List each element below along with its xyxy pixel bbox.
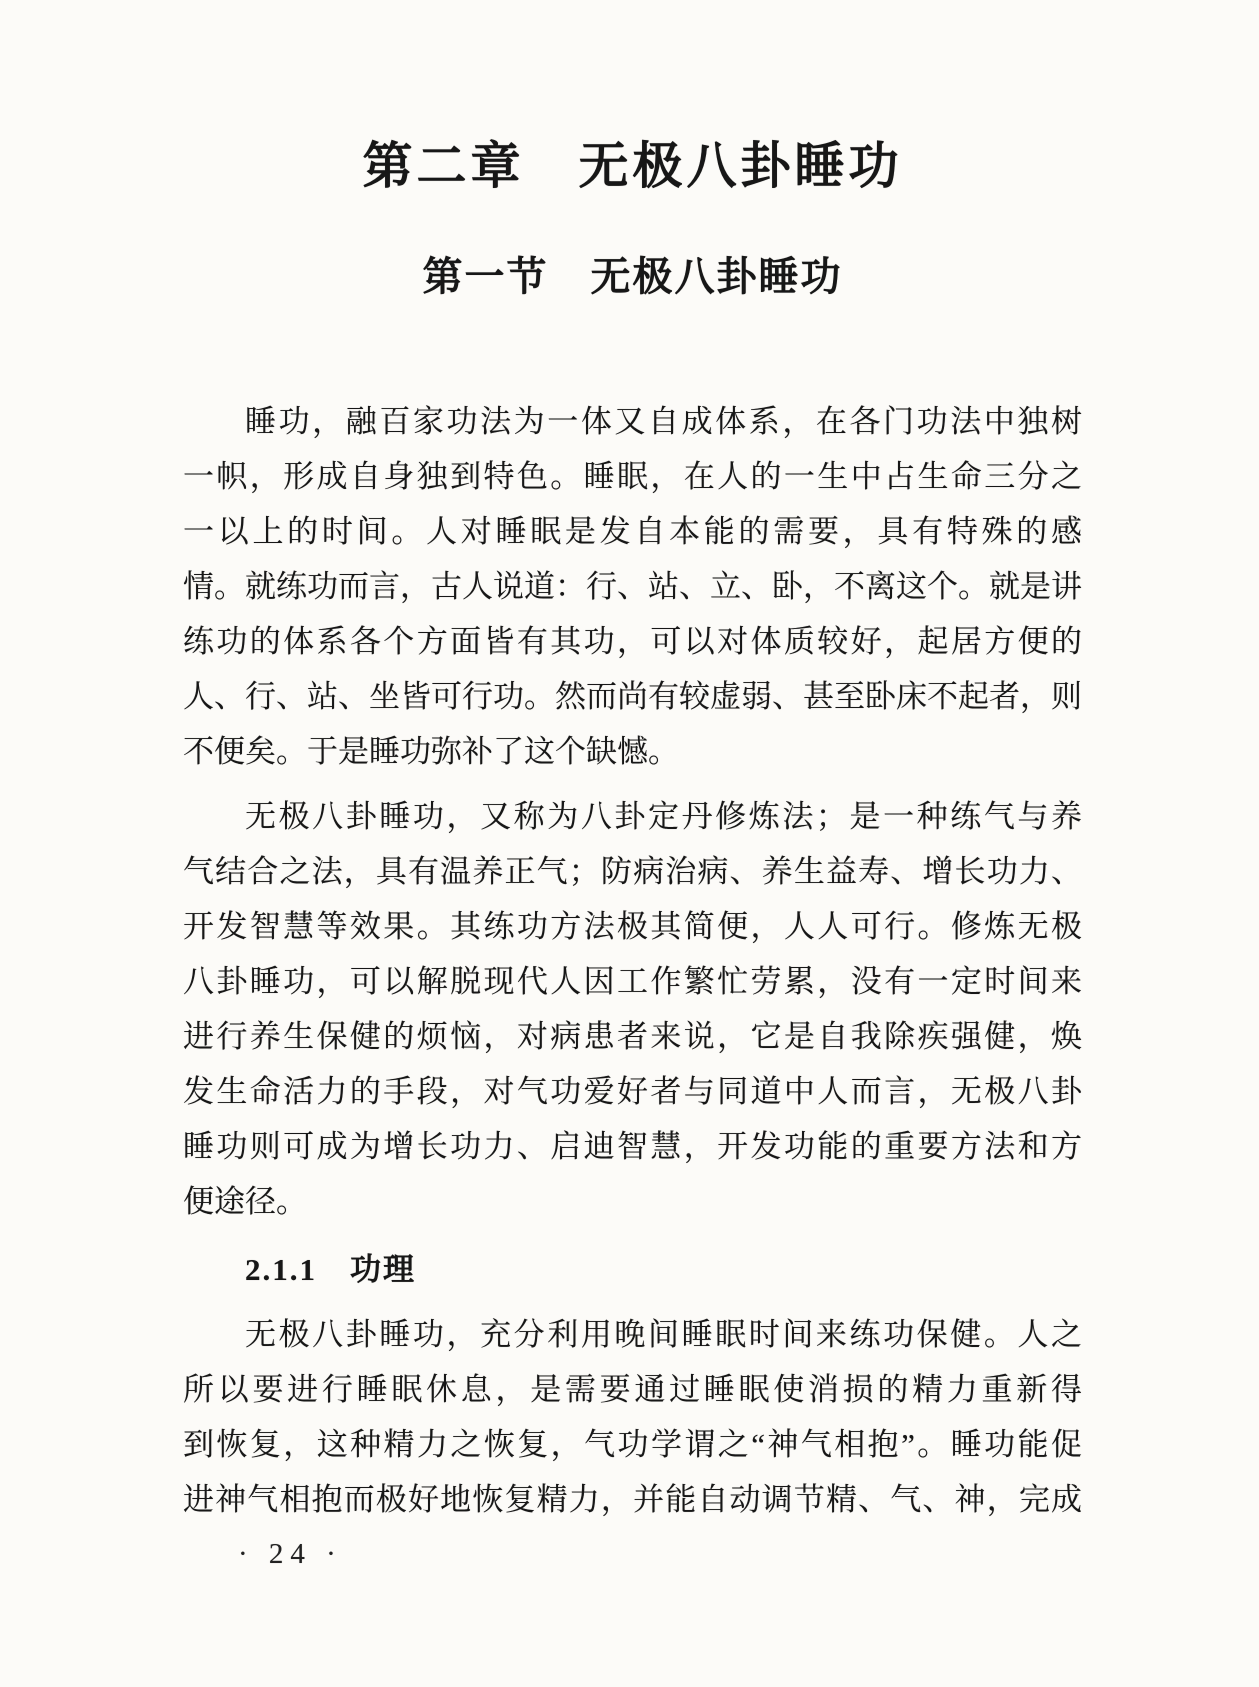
- body-line: 所以要进行睡眠休息，是需要通过睡眠使消损的精力重新得: [183, 1362, 1082, 1417]
- body-text: 睡功，融百家功法为一体又自成体系，在各门功法中独树 一帜，形成自身独到特色。睡眠…: [183, 394, 1082, 1527]
- body-line: 无极八卦睡功，又称为八卦定丹修炼法；是一种练气与养: [183, 789, 1082, 844]
- paragraph-1: 睡功，融百家功法为一体又自成体系，在各门功法中独树 一帜，形成自身独到特色。睡眠…: [183, 394, 1082, 779]
- body-line: 八卦睡功，可以解脱现代人因工作繁忙劳累，没有一定时间来: [183, 954, 1082, 1009]
- body-line: 睡功则可成为增长功力、启迪智慧，开发功能的重要方法和方: [183, 1119, 1082, 1174]
- body-line: 情。就练功而言，古人说道：行、站、立、卧，不离这个。就是讲: [183, 559, 1082, 614]
- body-line: 进神气相抱而极好地恢复精力，并能自动调节精、气、神，完成: [183, 1472, 1082, 1527]
- body-line: 人、行、站、坐皆可行功。然而尚有较虚弱、甚至卧床不起者，则: [183, 669, 1082, 724]
- body-line: 练功的体系各个方面皆有其功，可以对体质较好，起居方便的: [183, 614, 1082, 669]
- body-line: 无极八卦睡功，充分利用晚间睡眠时间来练功保健。人之: [183, 1307, 1082, 1362]
- body-line: 一帜，形成自身独到特色。睡眠，在人的一生中占生命三分之: [183, 449, 1082, 504]
- body-line: 一以上的时间。人对睡眠是发自本能的需要，具有特殊的感: [183, 504, 1082, 559]
- body-line: 进行养生保健的烦恼，对病患者来说，它是自我除疾强健，焕: [183, 1009, 1082, 1064]
- section-title: 第一节 无极八卦睡功: [183, 253, 1082, 301]
- page-number: · 24 ·: [238, 1538, 343, 1571]
- chapter-title: 第二章 无极八卦睡功: [183, 135, 1082, 197]
- paragraph-2: 无极八卦睡功，又称为八卦定丹修炼法；是一种练气与养 气结合之法，具有温养正气；防…: [183, 789, 1082, 1229]
- body-line: 气结合之法，具有温养正气；防病治病、养生益寿、增长功力、: [183, 844, 1082, 899]
- body-line: 开发智慧等效果。其练功方法极其简便，人人可行。修炼无极: [183, 899, 1082, 954]
- subsection-heading: 2.1.1 功理: [183, 1242, 1082, 1297]
- body-line: 便途径。: [183, 1174, 1082, 1229]
- paragraph-3: 无极八卦睡功，充分利用晚间睡眠时间来练功保健。人之 所以要进行睡眠休息，是需要通…: [183, 1307, 1082, 1527]
- body-line: 睡功，融百家功法为一体又自成体系，在各门功法中独树: [183, 394, 1082, 449]
- body-line: 到恢复，这种精力之恢复，气功学谓之“神气相抱”。睡功能促: [183, 1417, 1082, 1472]
- body-line: 不便矣。于是睡功弥补了这个缺憾。: [183, 724, 1082, 779]
- page-content: 第二章 无极八卦睡功 第一节 无极八卦睡功 睡功，融百家功法为一体又自成体系，在…: [0, 0, 1259, 1527]
- body-line: 发生命活力的手段，对气功爱好者与同道中人而言，无极八卦: [183, 1064, 1082, 1119]
- book-page: 第二章 无极八卦睡功 第一节 无极八卦睡功 睡功，融百家功法为一体又自成体系，在…: [0, 0, 1259, 1687]
